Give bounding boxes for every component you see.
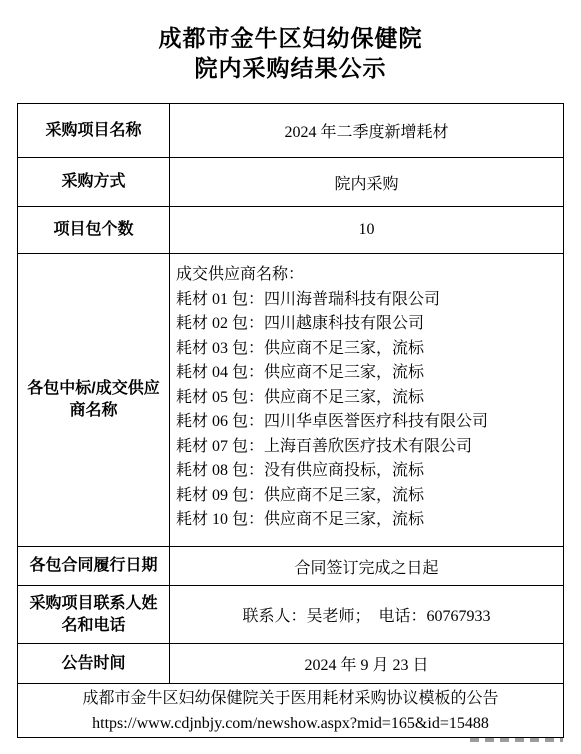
contact-label: 采购项目联系人姓 名和电话 — [18, 586, 170, 643]
cutoff-watermark — [470, 738, 563, 742]
supplier-line-pkg09: 耗材 09 包：供应商不足三家，流标 — [176, 484, 424, 509]
winning-suppliers-label-line1: 各包中标/成交供应 — [27, 378, 159, 400]
table-row-contact: 采购项目联系人姓 名和电话 联系人：吴老师； 电话：60767933 — [18, 586, 563, 644]
table-row-project-name: 采购项目名称 2024 年二季度新增耗材 — [18, 104, 563, 158]
contract-date-label: 各包合同履行日期 — [18, 547, 170, 585]
document-title-line2: 院内采购结果公示 — [0, 54, 581, 84]
supplier-line-pkg02: 耗材 02 包：四川越康科技有限公司 — [176, 312, 424, 337]
document-title-line1: 成都市金牛区妇幼保健院 — [0, 24, 581, 54]
supplier-line-pkg01: 耗材 01 包：四川海普瑞科技有限公司 — [176, 288, 440, 313]
announcement-date-value: 2024 年 9 月 23 日 — [170, 644, 563, 683]
supplier-line-pkg06: 耗材 06 包：四川华卓医誉医疗科技有限公司 — [176, 410, 488, 435]
project-name-value: 2024 年二季度新增耗材 — [170, 104, 563, 157]
contact-value: 联系人：吴老师； 电话：60767933 — [170, 586, 563, 643]
table-row-contract-date: 各包合同履行日期 合同签订完成之日起 — [18, 547, 563, 586]
package-count-value: 10 — [170, 207, 563, 253]
supplier-line-pkg05: 耗材 05 包：供应商不足三家，流标 — [176, 386, 424, 411]
table-row-procurement-method: 采购方式 院内采购 — [18, 158, 563, 207]
package-count-label: 项目包个数 — [18, 207, 170, 253]
supplier-line-pkg07: 耗材 07 包：上海百善欣医疗技术有限公司 — [176, 435, 472, 460]
footer-announcement-url: https://www.cdjnbjy.com/newshow.aspx?mid… — [92, 711, 489, 736]
project-name-label: 采购项目名称 — [18, 104, 170, 157]
table-row-package-count: 项目包个数 10 — [18, 207, 563, 254]
procurement-method-label: 采购方式 — [18, 158, 170, 206]
table-footer: 成都市金牛区妇幼保健院关于医用耗材采购协议模板的公告 https://www.c… — [18, 684, 563, 737]
supplier-line-pkg03: 耗材 03 包：供应商不足三家，流标 — [176, 337, 424, 362]
contact-label-line1: 采购项目联系人姓 — [29, 593, 157, 615]
supplier-line-pkg10: 耗材 10 包：供应商不足三家，流标 — [176, 508, 424, 533]
procurement-method-value: 院内采购 — [170, 158, 563, 206]
table-row-winning-suppliers: 各包中标/成交供应 商名称 成交供应商名称： 耗材 01 包：四川海普瑞科技有限… — [18, 254, 563, 547]
footer-announcement-title: 成都市金牛区妇幼保健院关于医用耗材采购协议模板的公告 — [82, 686, 498, 711]
supplier-list-header: 成交供应商名称： — [176, 263, 304, 288]
contact-label-line2: 名和电话 — [61, 615, 125, 637]
contract-date-value: 合同签订完成之日起 — [170, 547, 563, 585]
supplier-line-pkg04: 耗材 04 包：供应商不足三家，流标 — [176, 361, 424, 386]
winning-suppliers-label-line2: 商名称 — [69, 400, 117, 422]
announcement-date-label: 公告时间 — [18, 644, 170, 683]
winning-suppliers-value: 成交供应商名称： 耗材 01 包：四川海普瑞科技有限公司 耗材 02 包：四川越… — [170, 254, 563, 546]
table-row-announcement-date: 公告时间 2024 年 9 月 23 日 — [18, 644, 563, 684]
supplier-line-pkg08: 耗材 08 包：没有供应商投标，流标 — [176, 459, 424, 484]
winning-suppliers-label: 各包中标/成交供应 商名称 — [18, 254, 170, 546]
procurement-result-table: 采购项目名称 2024 年二季度新增耗材 采购方式 院内采购 项目包个数 10 … — [17, 103, 564, 738]
document-title: 成都市金牛区妇幼保健院 院内采购结果公示 — [0, 24, 581, 84]
